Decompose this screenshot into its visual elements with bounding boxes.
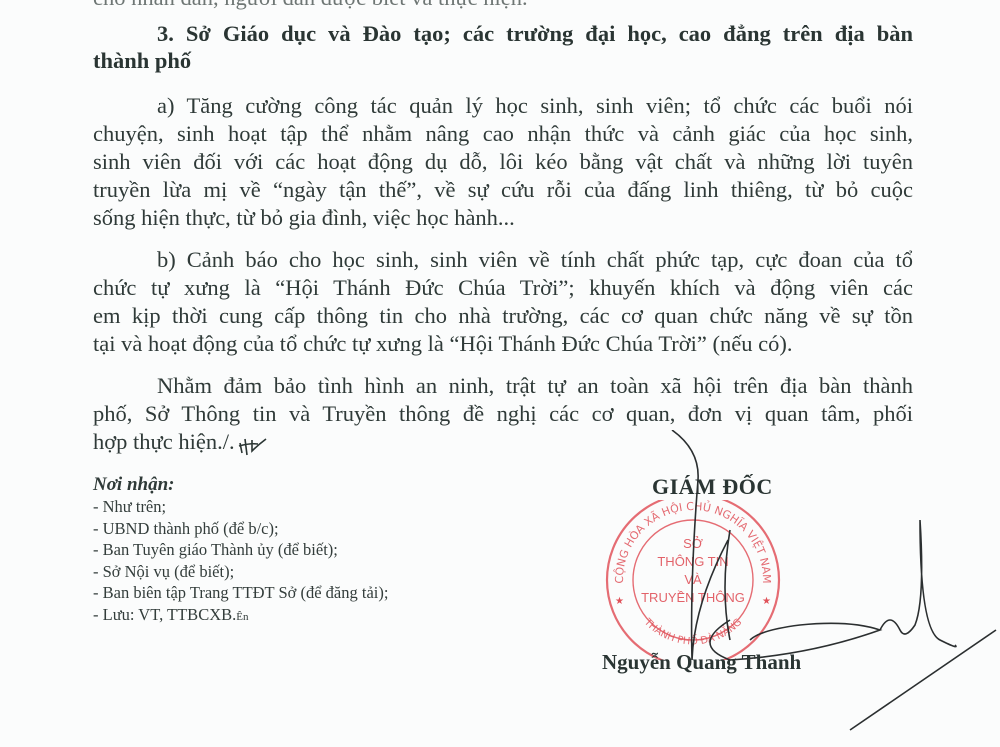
stamp-center-line: TRUYỀN THÔNG xyxy=(641,590,745,605)
stamp-center-line: SỞ xyxy=(683,536,703,551)
paragraph-a-line: sống hiện thực, từ bỏ gia đình, việc học… xyxy=(93,204,913,232)
recipient-item: - Lưu: VT, TTBCXB.Ên xyxy=(93,604,388,629)
svg-text:THÀNH PHỐ ĐÀ NẴNG: THÀNH PHỐ ĐÀ NẴNG xyxy=(641,616,744,647)
stamp-bottom-text: THÀNH PHỐ ĐÀ NẴNG xyxy=(641,616,744,647)
paragraph-a-line: chuyện, sinh hoạt tập thể nhằm nâng cao … xyxy=(93,120,913,148)
paragraph-a-line: truyền lừa mị về “ngày tận thế”, về sự c… xyxy=(93,176,913,204)
signature-title: GIÁM ĐỐC xyxy=(652,474,773,500)
recipient-item: - UBND thành phố (để b/c); xyxy=(93,518,388,540)
recipient-item: - Sở Nội vụ (để biết); xyxy=(93,561,388,583)
closing-line: Nhằm đảm bảo tình hình an ninh, trật tự … xyxy=(157,372,913,400)
svg-text:★: ★ xyxy=(762,596,771,607)
recipient-item-suffix: Ên xyxy=(236,611,248,623)
paragraph-b-line: b) Cảnh báo cho học sinh, sinh viên về t… xyxy=(157,246,913,274)
paragraph-b-line: em kịp thời cung cấp thông tin cho nhà t… xyxy=(93,302,913,330)
paragraph-a-line: sinh viên đối với các hoạt động dụ dỗ, l… xyxy=(93,148,913,176)
section-heading-line-1: 3. Sở Giáo dục và Đào tạo; các trường đạ… xyxy=(157,20,913,48)
recipients-block: Nơi nhận: - Như trên; - UBND thành phố (… xyxy=(93,474,388,628)
closing-line: hợp thực hiện./. xyxy=(93,428,913,457)
official-stamp-icon: CỘNG HÒA XÃ HỘI CHỦ NGHĨA VIỆT NAM THÀNH… xyxy=(600,500,786,660)
signer-name: Nguyễn Quang Thanh xyxy=(602,650,801,675)
paragraph-a-line: a) Tăng cường công tác quản lý học sinh,… xyxy=(157,92,913,120)
stamp-center-line: THÔNG TIN xyxy=(657,554,728,569)
recipient-item: - Như trên; xyxy=(93,496,388,518)
handwritten-initial-icon xyxy=(236,431,270,457)
closing-text: hợp thực hiện./. xyxy=(93,429,235,454)
stamp-center-line: VÀ xyxy=(684,572,702,587)
recipient-item: - Ban biên tập Trang TTĐT Sở (để đăng tả… xyxy=(93,582,388,604)
closing-line: phố, Sở Thông tin và Truyền thông đề ngh… xyxy=(93,400,913,428)
svg-text:★: ★ xyxy=(615,596,624,607)
recipients-title: Nơi nhận: xyxy=(93,474,388,496)
paragraph-b-line: tại và hoạt động của tổ chức tự xưng là … xyxy=(93,330,913,358)
paragraph-b-line: chức tự xưng là “Hội Thánh Đức Chúa Trời… xyxy=(93,274,913,302)
recipient-item-text: - Lưu: VT, TTBCXB. xyxy=(93,605,236,624)
document-page: cho nhân dân, người dân được biết và thự… xyxy=(0,0,1000,747)
cut-off-line: cho nhân dân, người dân được biết và thự… xyxy=(93,0,913,12)
recipient-item: - Ban Tuyên giáo Thành ủy (để biết); xyxy=(93,539,388,561)
section-heading-line-2: thành phố xyxy=(93,47,913,75)
